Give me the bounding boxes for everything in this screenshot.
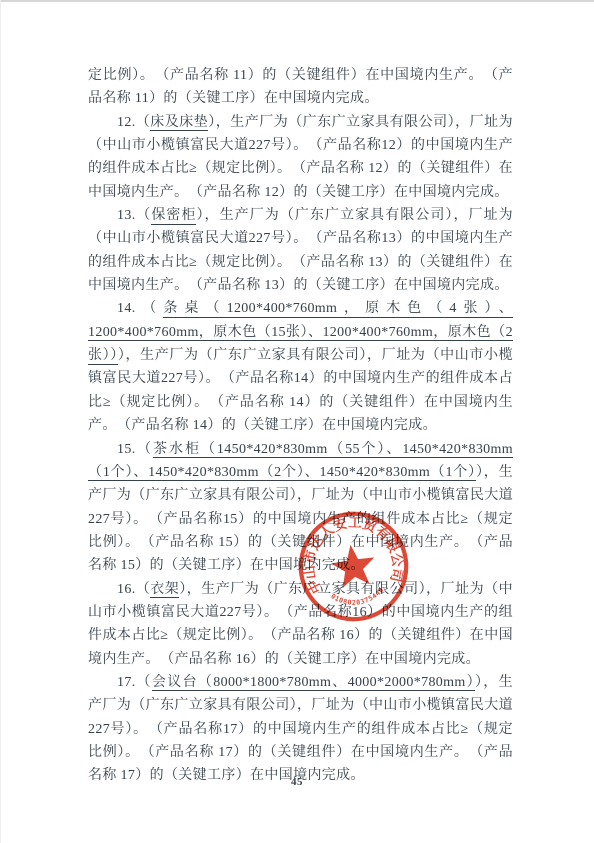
document-body: 定比例）。 （产品名称 11）的（关键组件）在中国境内生产。 （产品名称 11）… [88, 64, 513, 788]
paragraph: 定比例）。 （产品名称 11）的（关键组件）在中国境内生产。 （产品名称 11）… [88, 64, 513, 111]
text-segment: 13.（ [117, 208, 151, 223]
text-segment: ），生产厂为（广东广立家具有限公司），厂址为（中山市小榄镇富民大道227号）。 … [88, 348, 513, 433]
page-left-edge [0, 0, 1, 843]
stamp-serial-number: 0108020375448 [329, 585, 388, 610]
product-name-underlined: 床及床垫 [150, 115, 208, 132]
document-page: { "colors": { "ink": "#37414b", "stamp_r… [0, 0, 594, 843]
company-seal-stamp: 中山市达人安工贸有限公司 0108020375448 [289, 502, 419, 632]
page-number: 45 [0, 776, 594, 788]
paragraph: 12.（床及床垫），生产厂为（广东广立家具有限公司），厂址为（中山市小榄镇富民大… [88, 111, 513, 204]
paragraph: 13.（保密柜），生产厂为（广东广立家具有限公司），厂址为（中山市小榄镇富民大道… [88, 204, 513, 297]
product-name-underlined: 保密柜 [151, 208, 196, 225]
text-segment: 定比例）。 （产品名称 11）的（关键组件）在中国境内生产。 （产品名称 11）… [88, 68, 513, 106]
five-pointed-star-icon [329, 542, 378, 589]
text-segment: 17.（ [117, 675, 152, 690]
text-segment: 15.（ [117, 442, 153, 457]
text-segment: 16.（ [117, 582, 150, 597]
text-segment: 12.（ [117, 115, 150, 130]
paragraph: 14.（条桌（1200*400*760mm，原木色（4张）、1200*400*7… [88, 297, 513, 437]
text-segment: 14.（ [117, 301, 163, 316]
product-name-underlined: 会议台（8000*1800*780mm、4000*2000*780mm） [152, 675, 475, 692]
product-name-underlined: 衣架 [150, 582, 179, 599]
paragraph: 17.（会议台（8000*1800*780mm、4000*2000*780mm）… [88, 671, 513, 788]
page-top-edge [0, 0, 594, 2]
text-segment: ），生产厂为（广东广立家具有限公司），厂址为（中山市小榄镇富民大道227号）。 … [88, 675, 513, 783]
